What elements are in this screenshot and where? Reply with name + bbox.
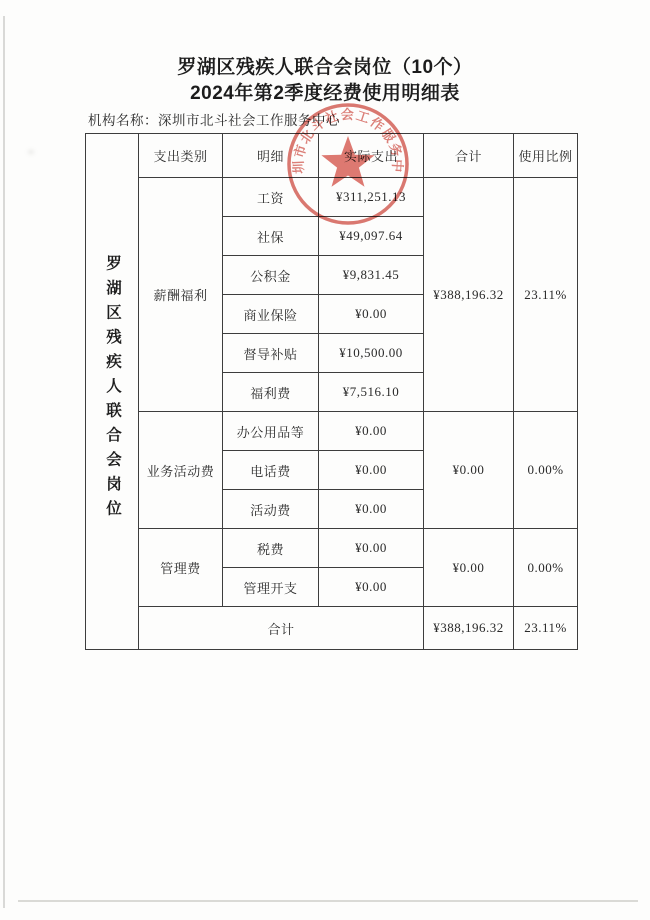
org-name-line: 机构名称：深圳市北斗社会工作服务中心 bbox=[88, 109, 340, 129]
total-amount-cell: ¥388,196.32 bbox=[424, 607, 514, 650]
item-amount-cell: ¥0.00 bbox=[319, 295, 424, 334]
page-subtitle: 2024年第2季度经费使用明细表 bbox=[0, 81, 650, 107]
item-amount-cell: ¥0.00 bbox=[319, 568, 424, 607]
ratio-cell: 0.00% bbox=[514, 412, 578, 529]
table-row: 业务活动费 办公用品等 ¥0.00 ¥0.00 0.00% bbox=[86, 412, 578, 451]
col-header-actual: 实际支出 bbox=[319, 134, 424, 178]
page-title: 罗湖区残疾人联合会岗位（10个） bbox=[0, 55, 650, 81]
table-total-row: 合计 ¥388,196.32 23.11% bbox=[86, 607, 578, 650]
ratio-cell: 0.00% bbox=[514, 529, 578, 607]
item-amount-cell: ¥311,251.13 bbox=[319, 178, 424, 217]
scan-edge-left bbox=[3, 16, 5, 908]
scan-edge-bottom bbox=[18, 900, 638, 902]
item-amount-cell: ¥49,097.64 bbox=[319, 217, 424, 256]
ratio-cell: 23.11% bbox=[514, 178, 578, 412]
row-header-vertical-text: 罗湖区残疾人联合会岗位 bbox=[101, 255, 123, 525]
col-header-detail: 明细 bbox=[223, 134, 319, 178]
item-amount-cell: ¥0.00 bbox=[319, 529, 424, 568]
subtotal-cell: ¥0.00 bbox=[424, 529, 514, 607]
total-label-cell: 合计 bbox=[139, 607, 424, 650]
col-header-subtotal: 合计 bbox=[424, 134, 514, 178]
table-header-row: 罗湖区残疾人联合会岗位 支出类别 明细 实际支出 合计 使用比例 bbox=[86, 134, 578, 178]
item-amount-cell: ¥0.00 bbox=[319, 451, 424, 490]
table-row: 薪酬福利 工资 ¥311,251.13 ¥388,196.32 23.11% bbox=[86, 178, 578, 217]
expense-table: 罗湖区残疾人联合会岗位 支出类别 明细 实际支出 合计 使用比例 薪酬福利 工资… bbox=[85, 133, 578, 650]
item-amount-cell: ¥0.00 bbox=[319, 412, 424, 451]
col-header-ratio: 使用比例 bbox=[514, 134, 578, 178]
category-cell: 管理费 bbox=[139, 529, 223, 607]
item-name-cell: 管理开支 bbox=[223, 568, 319, 607]
item-amount-cell: ¥7,516.10 bbox=[319, 373, 424, 412]
row-header-cell: 罗湖区残疾人联合会岗位 bbox=[86, 134, 139, 650]
item-name-cell: 公积金 bbox=[223, 256, 319, 295]
org-name-label: 机构名称： bbox=[88, 113, 158, 128]
total-ratio-cell: 23.11% bbox=[514, 607, 578, 650]
item-amount-cell: ¥0.00 bbox=[319, 490, 424, 529]
item-name-cell: 福利费 bbox=[223, 373, 319, 412]
item-name-cell: 社保 bbox=[223, 217, 319, 256]
category-cell: 薪酬福利 bbox=[139, 178, 223, 412]
item-amount-cell: ¥10,500.00 bbox=[319, 334, 424, 373]
category-cell: 业务活动费 bbox=[139, 412, 223, 529]
document-page: 罗湖区残疾人联合会岗位（10个） 2024年第2季度经费使用明细表 机构名称：深… bbox=[0, 0, 650, 920]
item-name-cell: 办公用品等 bbox=[223, 412, 319, 451]
item-name-cell: 商业保险 bbox=[223, 295, 319, 334]
org-name-value: 深圳市北斗社会工作服务中心 bbox=[158, 113, 340, 128]
subtotal-cell: ¥0.00 bbox=[424, 412, 514, 529]
subtotal-cell: ¥388,196.32 bbox=[424, 178, 514, 412]
table-row: 管理费 税费 ¥0.00 ¥0.00 0.00% bbox=[86, 529, 578, 568]
item-name-cell: 税费 bbox=[223, 529, 319, 568]
title-block: 罗湖区残疾人联合会岗位（10个） 2024年第2季度经费使用明细表 bbox=[0, 55, 650, 107]
scan-smudge bbox=[28, 150, 34, 154]
item-name-cell: 工资 bbox=[223, 178, 319, 217]
item-amount-cell: ¥9,831.45 bbox=[319, 256, 424, 295]
item-name-cell: 活动费 bbox=[223, 490, 319, 529]
col-header-category: 支出类别 bbox=[139, 134, 223, 178]
item-name-cell: 督导补贴 bbox=[223, 334, 319, 373]
item-name-cell: 电话费 bbox=[223, 451, 319, 490]
